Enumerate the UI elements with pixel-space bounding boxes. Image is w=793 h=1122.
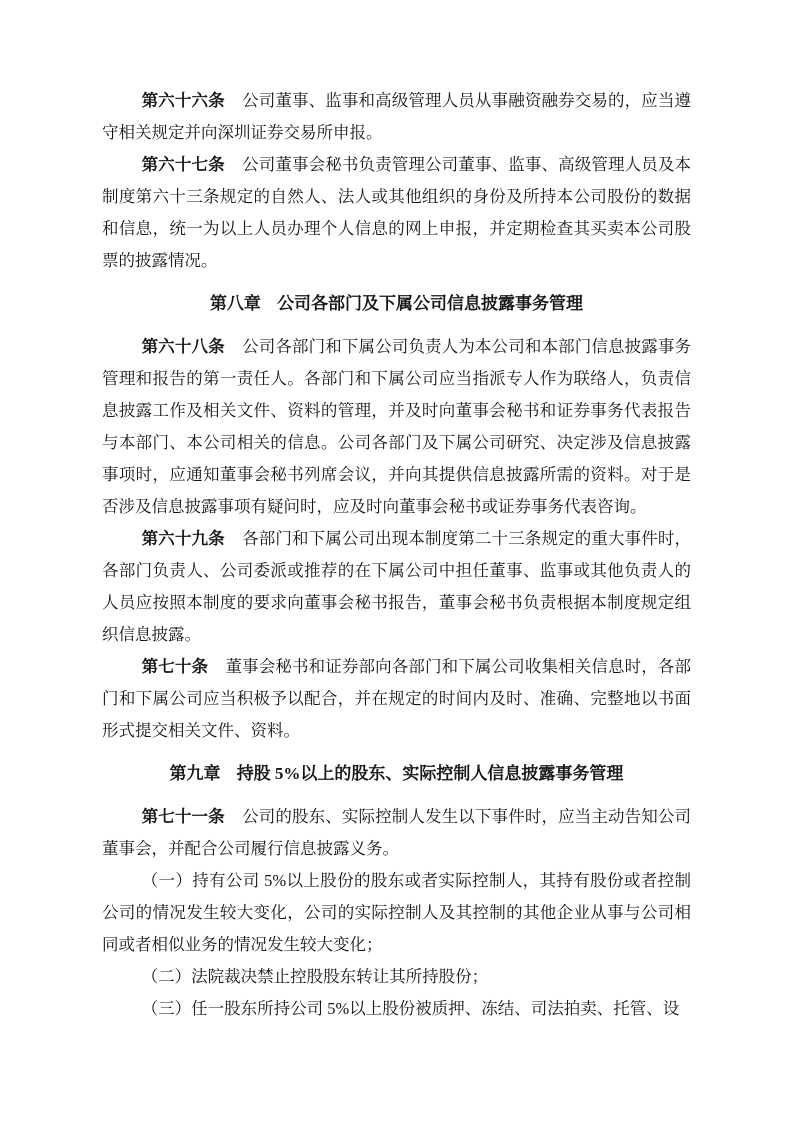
list-item-3: （三）任一股东所持公司 5%以上股份被质押、冻结、司法拍卖、托管、设 [102,993,691,1025]
article-paragraph-70: 第七十条董事会秘书和证券部向各部门和下属公司收集相关信息时，各部门和下属公司应当… [102,651,691,747]
list-item-text: （三）任一股东所持公司 5%以上股份被质押、冻结、司法拍卖、托管、设 [142,999,680,1018]
article-number: 第六十九条 [142,529,242,548]
article-paragraph-69: 第六十九条各部门和下属公司出现本制度第二十三条规定的重大事件时，各部门负责人、公… [102,523,691,651]
chapter-heading-9: 第九章持股 5%以上的股东、实际控制人信息披露事务管理 [102,758,691,790]
chapter-number: 第九章 [170,764,221,783]
list-item-text: （二）法院裁决禁止控股股东转让其所持股份； [142,967,489,986]
list-item-2: （二）法院裁决禁止控股股东转让其所持股份； [102,961,691,993]
article-paragraph-71: 第七十一条公司的股东、实际控制人发生以下事件时，应当主动告知公司董事会，并配合公… [102,801,691,865]
article-number: 第七十一条 [142,807,242,826]
chapter-heading-8: 第八章公司各部门及下属公司信息披露事务管理 [102,288,691,320]
article-paragraph-67: 第六十七条公司董事会秘书负责管理公司董事、监事、高级管理人员及本制度第六十三条规… [102,149,691,277]
article-number: 第六十八条 [142,337,242,356]
list-item-text: （一）持有公司 5%以上股份的股东或者实际控制人，其持有股份或者控制公司的情况发… [102,871,691,954]
list-item-1: （一）持有公司 5%以上股份的股东或者实际控制人，其持有股份或者控制公司的情况发… [102,865,691,961]
document-content: 第六十六条公司董事、监事和高级管理人员从事融资融券交易的，应当遵守相关规定并向深… [102,85,691,1025]
document-page: 第六十六条公司董事、监事和高级管理人员从事融资融券交易的，应当遵守相关规定并向深… [0,0,793,1122]
article-paragraph-68: 第六十八条公司各部门和下属公司负责人为本公司和本部门信息披露事务管理和报告的第一… [102,331,691,523]
article-number: 第六十七条 [142,155,242,174]
chapter-title: 持股 5%以上的股东、实际控制人信息披露事务管理 [237,764,624,783]
chapter-title: 公司各部门及下属公司信息披露事务管理 [277,294,583,313]
chapter-number: 第八章 [210,294,261,313]
article-number: 第七十条 [142,657,226,676]
article-paragraph-66: 第六十六条公司董事、监事和高级管理人员从事融资融券交易的，应当遵守相关规定并向深… [102,85,691,149]
article-number: 第六十六条 [142,91,242,110]
article-text: 公司各部门和下属公司负责人为本公司和本部门信息披露事务管理和报告的第一责任人。各… [102,337,691,516]
